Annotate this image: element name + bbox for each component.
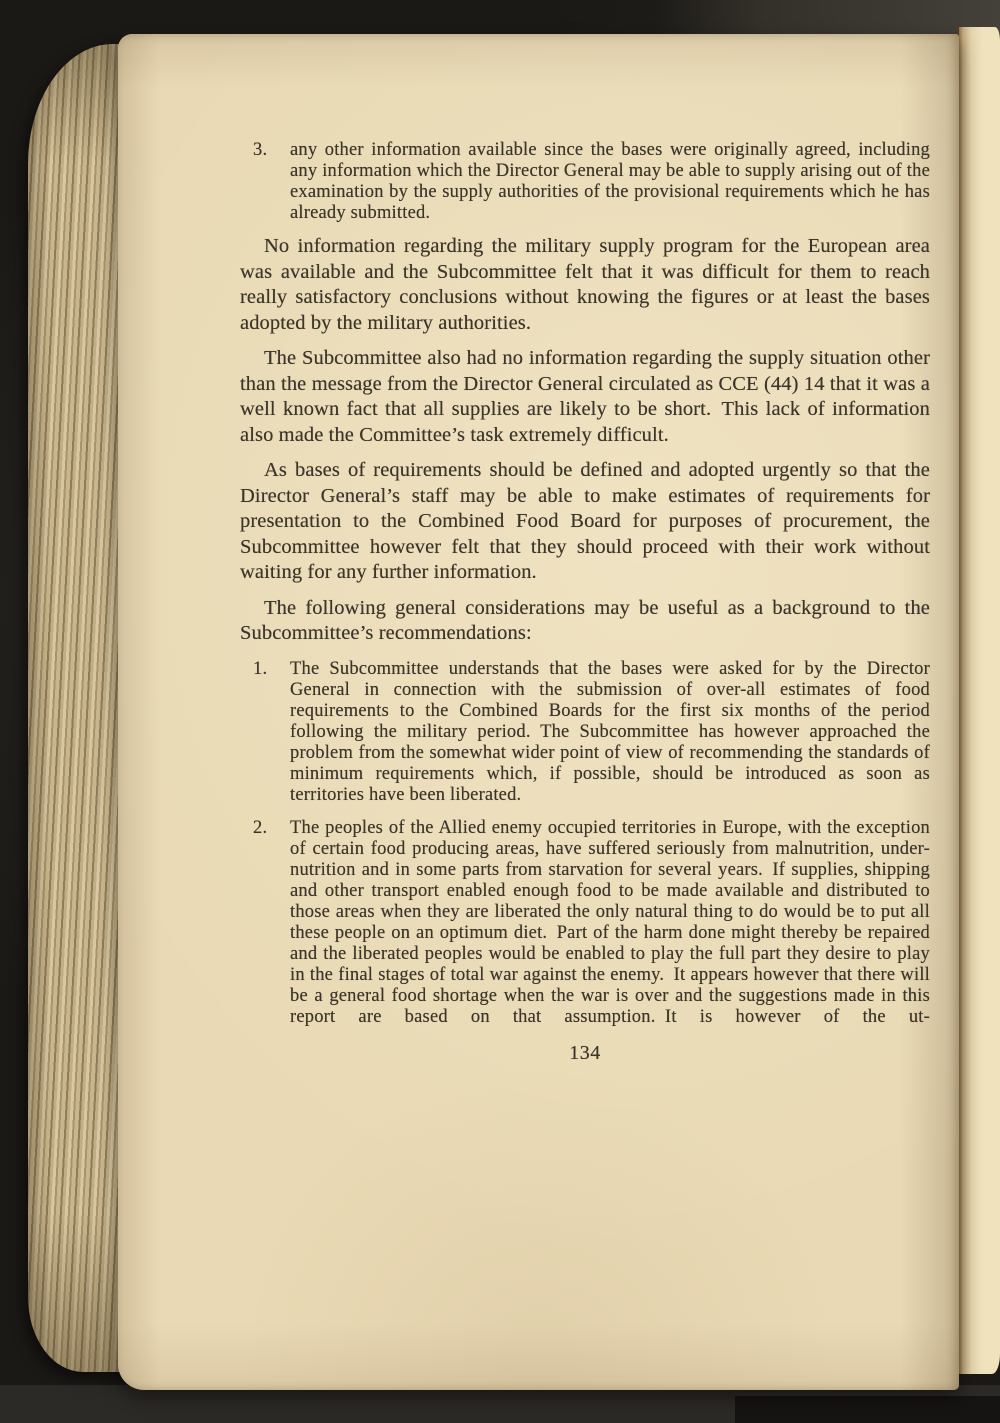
background-shadow-top-right: [655, 0, 1000, 36]
numbered-item-1: 1.The Subcommittee understands that the …: [240, 659, 930, 806]
item-number: 3.: [253, 140, 267, 161]
page-text-column: 3.any other information available since …: [240, 140, 930, 1065]
numbered-item-3: 3.any other information available since …: [240, 140, 930, 224]
background-shadow-bottom-right: [735, 1396, 1000, 1423]
numbered-item-2: 2.The peoples of the Allied enemy occupi…: [240, 818, 930, 1028]
book-page-edges: [28, 44, 132, 1372]
paragraph: The following general considerations may…: [240, 596, 930, 647]
paragraph: The Subcommittee also had no information…: [240, 346, 930, 448]
facing-page-edge: [957, 27, 1000, 1374]
item-text: The peoples of the Allied enemy occupied…: [290, 818, 930, 1027]
book-page: 3.any other information available since …: [118, 34, 959, 1390]
item-number: 1.: [253, 659, 267, 680]
page-number: 134: [240, 1042, 930, 1065]
scan-background: 3.any other information available since …: [0, 0, 1000, 1423]
paragraph: As bases of requirements should be defin…: [240, 458, 930, 586]
item-text: The Subcommittee understands that the ba…: [290, 659, 930, 805]
paragraph: No information regarding the military su…: [240, 234, 930, 336]
item-number: 2.: [253, 818, 267, 839]
item-text: any other information available since th…: [290, 140, 930, 223]
